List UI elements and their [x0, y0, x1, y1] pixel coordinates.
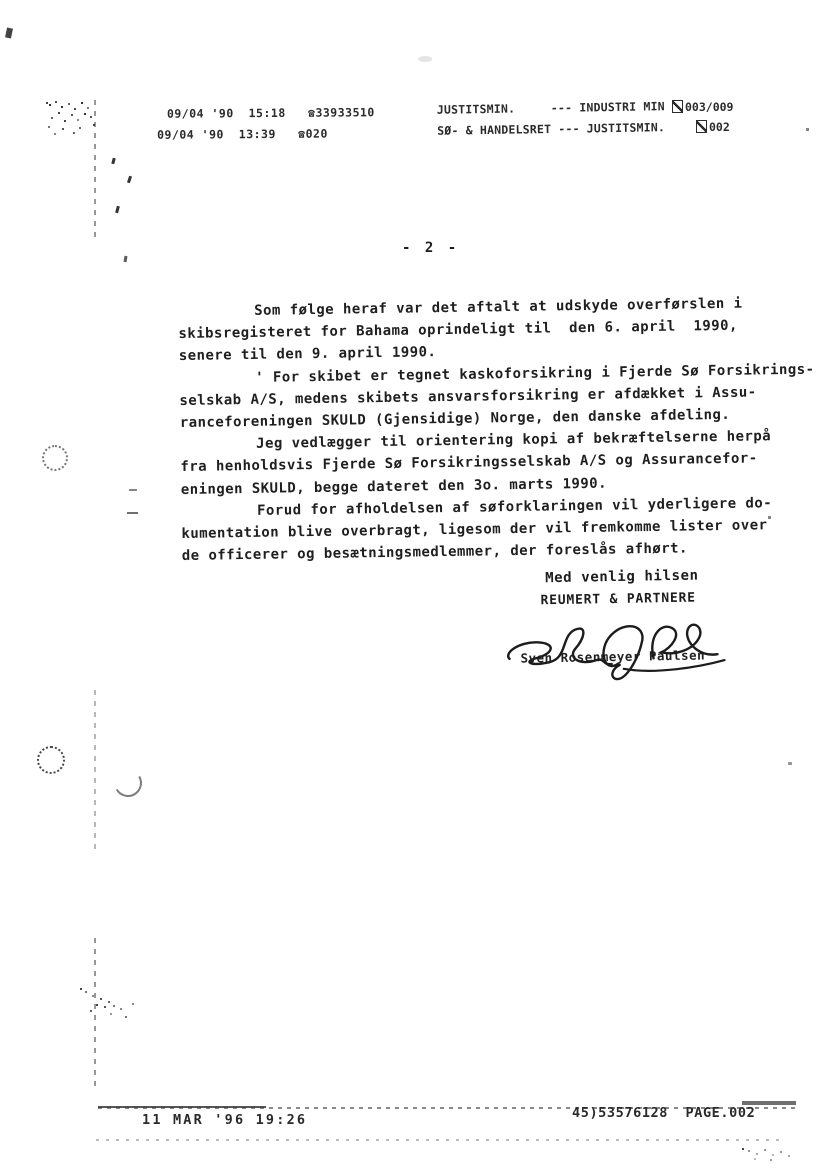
fax-log-line: 09/04 '90 13:39 ☎020 — [157, 123, 375, 146]
fax-pages-icon — [696, 120, 707, 133]
fax-number: 33933510 — [315, 105, 374, 119]
fax-page-counters: 003/009 002 — [672, 97, 733, 137]
fax-routing-header: JUSTITSMIN. --- INDUSTRI MIN SØ- & HANDE… — [437, 96, 666, 142]
scan-noise-patch-footer — [742, 1148, 744, 1150]
footer-page-label: PAGE.002 — [685, 1105, 755, 1121]
fax-number: 020 — [306, 127, 328, 141]
fax-log-line: 09/04 '90 15:18 ☎33933510 — [167, 102, 375, 124]
scan-speck — [127, 512, 138, 514]
fax-time: 13:39 — [239, 127, 276, 141]
footer-fax-id-page: 45)53576128 PAGE.002 — [572, 1105, 755, 1121]
scan-speck — [115, 206, 120, 214]
punch-hole-mark — [42, 445, 68, 471]
closing-salutation: Med venlig hilsen — [545, 567, 724, 586]
letter-closing: Med venlig hilsen REUMERT & PARTNERE Sve… — [504, 567, 726, 687]
scan-fold-line — [94, 690, 96, 855]
fax-page-count: 003/009 — [685, 100, 733, 114]
scan-speck — [788, 762, 792, 765]
footer-received-datetime: 11 MAR '96 19:26 — [142, 1112, 307, 1128]
punch-hole-mark — [37, 746, 65, 774]
footer-fax-id: 45)53576128 — [572, 1105, 668, 1121]
footer-scan-line — [96, 1139, 784, 1141]
scan-speck — [127, 176, 132, 184]
scan-speck — [806, 128, 809, 131]
scanned-fax-page: 09/04 '90 15:18 ☎33933510 09/04 '90 13:3… — [0, 0, 827, 1169]
fax-transmission-log: 09/04 '90 15:18 ☎33933510 09/04 '90 13:3… — [157, 102, 375, 146]
phone-icon: ☎ — [298, 127, 306, 141]
page-number: - 2 - — [402, 240, 459, 256]
punch-hole-arc-mark — [111, 766, 145, 800]
scan-noise-patch-bottom-left — [80, 988, 82, 990]
fax-page-count-line: 003/009 — [672, 97, 733, 117]
signature-block: Sven Rosenmeyer Paulsen — [505, 605, 726, 687]
scan-fold-line — [94, 938, 96, 1090]
fax-time: 15:18 — [249, 106, 286, 120]
scan-smudge — [418, 56, 432, 62]
scan-speck — [111, 158, 115, 165]
fax-page-count: 002 — [709, 120, 730, 134]
scan-noise-patch-top-left — [46, 102, 48, 104]
fax-date: 09/04 '90 — [157, 127, 224, 141]
fax-date: 09/04 '90 — [167, 106, 234, 120]
letter-body: Som følge heraf var det aftalt at udskyd… — [178, 292, 788, 567]
fax-pages-icon — [672, 100, 683, 113]
scan-speck — [129, 489, 137, 491]
footer-scan-line-dark — [98, 1106, 266, 1108]
scan-speck — [124, 256, 128, 262]
fax-route-line: SØ- & HANDELSRET --- JUSTITSMIN. — [437, 117, 665, 142]
handwritten-signature — [505, 605, 726, 687]
phone-icon: ☎ — [308, 106, 316, 120]
scan-edge-mark — [5, 27, 13, 38]
fax-page-count-line: 002 — [672, 117, 733, 137]
scan-fold-line — [94, 100, 96, 238]
